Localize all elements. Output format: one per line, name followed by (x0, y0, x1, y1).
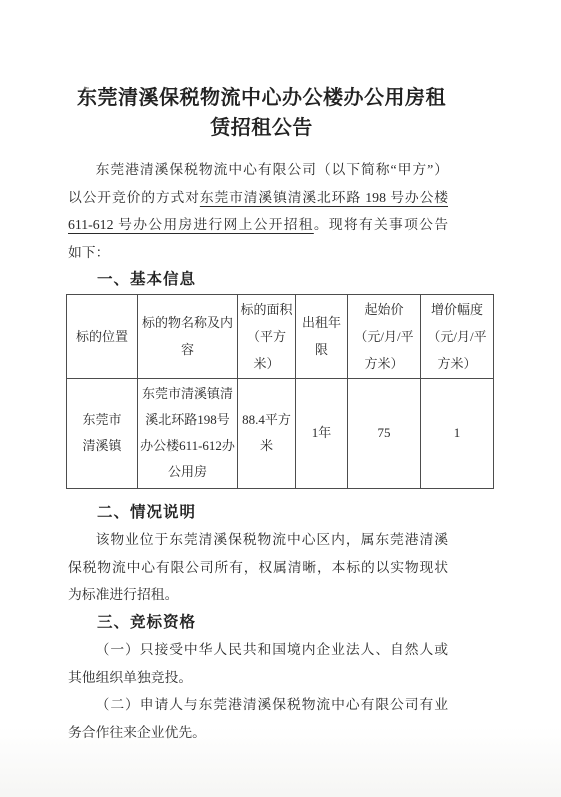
table-header-cell: 增价幅度（元/月/平方米） (421, 294, 494, 378)
table-row: 东莞市清溪镇东莞市清溪镇清溪北环路198号办公楼611-612办公用房88.4平… (67, 378, 494, 488)
cell-line: 方米） (421, 350, 493, 377)
text-line: 务合作往来企业优先。 (68, 719, 448, 747)
cell-line: 清溪镇 (67, 433, 137, 459)
cell-line: （元/月/平 (421, 323, 493, 350)
cell-line: 办公楼611-612办 (138, 433, 237, 459)
text-segment: （二）申请人与东莞港清溪保税物流中心有限公司有业 (96, 697, 448, 712)
text-segment: 东莞港清溪保税物流中心有限公司（以下简称“甲方”） (96, 162, 448, 177)
table-cell: 东莞市清溪镇 (67, 378, 138, 488)
text-line: 保税物流中心有限公司所有，权属清晰，本标的以实物现状 (68, 554, 448, 582)
table-header-cell: 标的物名称及内容 (138, 294, 238, 378)
cell-line: 公用房 (138, 459, 237, 485)
cell-line: 东莞市清溪镇清 (138, 381, 237, 407)
title-line-2: 赁招租公告 (0, 113, 523, 143)
qualification-item-1: （一）只接受中华人民共和国境内企业法人、自然人或其他组织单独竞投。 (68, 636, 448, 691)
text-line: 其他组织单独竞投。 (68, 664, 448, 692)
table-cell: 88.4平方米 (238, 378, 296, 488)
text-line: 该物业位于东莞清溪保税物流中心区内，属东莞港清溪 (68, 526, 448, 554)
cell-line: （元/月/平 (348, 323, 420, 350)
section-heading-situation: 二、情况说明 (97, 499, 561, 527)
qualification-item-2: （二）申请人与东莞港清溪保税物流中心有限公司有业务合作往来企业优先。 (68, 691, 448, 746)
cell-line: （平方 (238, 323, 295, 350)
underlined-text: 东莞市清溪镇清溪北环路 198 号办公楼 (200, 190, 448, 205)
text-segment: 务合作往来企业优先。 (68, 725, 206, 740)
cell-line: 溪北环路198号 (138, 407, 237, 433)
cell-line: 起始价 (348, 296, 420, 323)
cell-line: 75 (348, 420, 420, 446)
document-page: 东莞清溪保税物流中心办公楼办公用房租 赁招租公告 东莞港清溪保税物流中心有限公司… (0, 0, 561, 797)
cell-line: 容 (138, 336, 237, 363)
basic-info-table: 标的位置标的物名称及内容标的面积（平方米）出租年限起始价（元/月/平方米）增价幅… (66, 294, 494, 489)
cell-line: 1年 (296, 420, 347, 446)
cell-line: 方米） (348, 350, 420, 377)
text-line: 611-612 号办公用房进行网上公开招租。现将有关事项公告 (68, 211, 448, 239)
cell-line: 88.4平方 (238, 407, 295, 433)
text-segment: 如下： (68, 245, 109, 260)
cell-line: 米 (238, 433, 295, 459)
intro-paragraph: 东莞港清溪保税物流中心有限公司（以下简称“甲方”）以公开竞价的方式对东莞市清溪镇… (68, 156, 448, 266)
table-header-cell: 标的位置 (67, 294, 138, 378)
table-cell: 75 (348, 378, 421, 488)
table-header-cell: 起始价（元/月/平方米） (348, 294, 421, 378)
table-header-row: 标的位置标的物名称及内容标的面积（平方米）出租年限起始价（元/月/平方米）增价幅… (67, 294, 494, 378)
section-heading-basic-info: 一、基本信息 (97, 266, 561, 294)
cell-line: 增价幅度 (421, 296, 493, 323)
text-segment: 该物业位于东莞清溪保税物流中心区内，属东莞港清溪 (96, 532, 448, 547)
cell-line: 标的物名称及内 (138, 309, 237, 336)
table-cell: 1年 (296, 378, 348, 488)
cell-line: 米） (238, 350, 295, 377)
page-title: 东莞清溪保税物流中心办公楼办公用房租 赁招租公告 (0, 0, 523, 143)
underlined-text: 611-612 号办公用房进行网上公开招租 (68, 217, 314, 232)
cell-line: 标的面积 (238, 296, 295, 323)
text-line: 为标准进行招租。 (68, 581, 448, 609)
text-segment: 保税物流中心有限公司所有，权属清晰，本标的以实物现状 (68, 560, 448, 575)
text-segment: 以公开竞价的方式对 (68, 190, 200, 205)
scan-artifact (84, 87, 89, 89)
text-line: 以公开竞价的方式对东莞市清溪镇清溪北环路 198 号办公楼 (68, 184, 448, 212)
cell-line: 1 (421, 420, 493, 446)
cell-line: 标的位置 (67, 323, 137, 350)
situation-paragraph: 该物业位于东莞清溪保税物流中心区内，属东莞港清溪保税物流中心有限公司所有，权属清… (68, 526, 448, 609)
table-header-cell: 出租年限 (296, 294, 348, 378)
text-segment: （一）只接受中华人民共和国境内企业法人、自然人或 (96, 642, 448, 657)
text-line: （二）申请人与东莞港清溪保税物流中心有限公司有业 (68, 691, 448, 719)
text-segment: 其他组织单独竞投。 (68, 670, 192, 685)
title-line-1: 东莞清溪保税物流中心办公楼办公用房租 (0, 83, 523, 113)
text-line: （一）只接受中华人民共和国境内企业法人、自然人或 (68, 636, 448, 664)
cell-line: 东莞市 (67, 407, 137, 433)
text-segment: 为标准进行招租。 (68, 587, 178, 602)
cell-line: 出租年 (296, 309, 347, 336)
text-segment: 。现将有关事项公告 (314, 217, 448, 232)
table-cell: 东莞市清溪镇清溪北环路198号办公楼611-612办公用房 (138, 378, 238, 488)
section-heading-qualification: 三、竞标资格 (97, 609, 561, 637)
cell-line: 限 (296, 336, 347, 363)
text-line: 如下： (68, 239, 448, 267)
table-header-cell: 标的面积（平方米） (238, 294, 296, 378)
table-cell: 1 (421, 378, 494, 488)
text-line: 东莞港清溪保税物流中心有限公司（以下简称“甲方”） (68, 156, 448, 184)
